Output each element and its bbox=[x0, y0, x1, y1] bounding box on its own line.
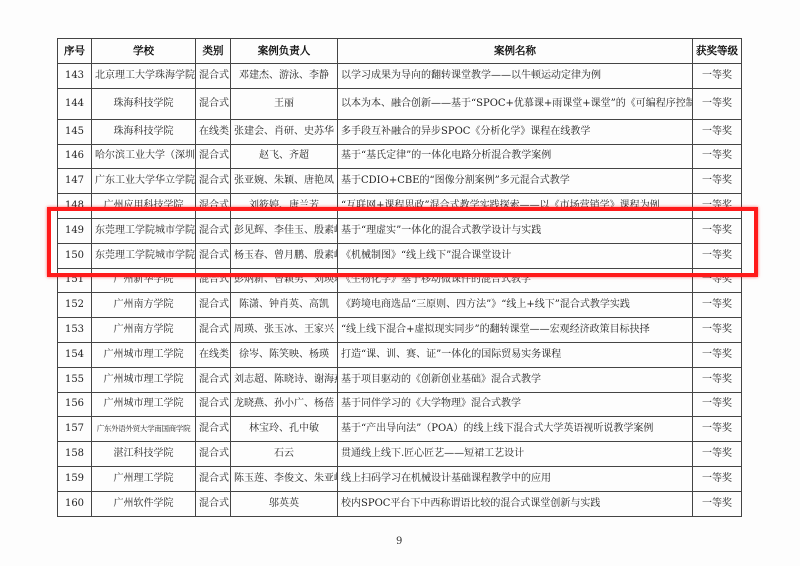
cell-num: 147 bbox=[58, 169, 92, 194]
cell-school: 东莞理工学院城市学院 bbox=[92, 218, 196, 243]
cell-award: 一等奖 bbox=[693, 268, 742, 293]
header-num: 序号 bbox=[58, 39, 92, 64]
cell-lead: 彭见辉、李佳玉、殷素峰 bbox=[231, 218, 338, 243]
table-row: 154广州城市理工学院在线类徐岑、陈笑映、杨瑛打造“课、训、赛、证”一体化的国际… bbox=[58, 342, 742, 367]
cell-award: 一等奖 bbox=[693, 417, 742, 442]
cell-school: 珠海科技学院 bbox=[92, 119, 196, 144]
table-row: 153广州南方学院混合式周瑛、张玉冰、王家兴“线上线下混合+虚拟现实同步”的翻转… bbox=[58, 318, 742, 343]
document-page: 序号 学校 类别 案例负责人 案例名称 获奖等级 143北京理工大学珠海学院混合… bbox=[0, 0, 800, 566]
table-row: 158湛江科技学院混合式石云贯通线上线下.匠心匠艺——短裙工艺设计一等奖 bbox=[58, 442, 742, 467]
cell-award: 一等奖 bbox=[693, 119, 742, 144]
cell-num: 148 bbox=[58, 194, 92, 219]
cell-award: 一等奖 bbox=[693, 88, 742, 119]
table-row: 155广州城市理工学院混合式刘志超、陈晓诗、谢海燕基于项目驱动的《创新创业基础》… bbox=[58, 367, 742, 392]
cell-award: 一等奖 bbox=[693, 64, 742, 89]
cell-award: 一等奖 bbox=[693, 318, 742, 343]
cell-school: 广州南方学院 bbox=[92, 293, 196, 318]
table-body: 143北京理工大学珠海学院混合式邓建杰、游泳、李静以学习成果为导向的翻转课堂教学… bbox=[58, 64, 742, 517]
cell-type: 混合式 bbox=[196, 466, 231, 491]
cell-type: 混合式 bbox=[196, 268, 231, 293]
cell-type: 混合式 bbox=[196, 194, 231, 219]
cell-type: 混合式 bbox=[196, 64, 231, 89]
cell-type: 混合式 bbox=[196, 318, 231, 343]
awards-table: 序号 学校 类别 案例负责人 案例名称 获奖等级 143北京理工大学珠海学院混合… bbox=[57, 38, 742, 517]
cell-name: 打造“课、训、赛、证”一体化的国际贸易实务课程 bbox=[338, 342, 693, 367]
cell-num: 160 bbox=[58, 491, 92, 516]
cell-lead: 陈玉莲、李俊文、朱亚峰 bbox=[231, 466, 338, 491]
cell-name: 校内SPOC平台下中西称谓语比较的混合式课堂创新与实践 bbox=[338, 491, 693, 516]
cell-school: 北京理工大学珠海学院 bbox=[92, 64, 196, 89]
table-row: 145珠海科技学院在线类张建会、肖研、史苏华多手段互补融合的异步SPOC《分析化… bbox=[58, 119, 742, 144]
cell-type: 混合式 bbox=[196, 293, 231, 318]
cell-name: 线上扫码学习在机械设计基础课程教学中的应用 bbox=[338, 466, 693, 491]
cell-num: 145 bbox=[58, 119, 92, 144]
cell-type: 在线类 bbox=[196, 119, 231, 144]
cell-award: 一等奖 bbox=[693, 442, 742, 467]
header-school: 学校 bbox=[92, 39, 196, 64]
table-row: 160广州软件学院混合式邬英英校内SPOC平台下中西称谓语比较的混合式课堂创新与… bbox=[58, 491, 742, 516]
cell-type: 混合式 bbox=[196, 442, 231, 467]
cell-lead: 龙晓燕、孙小广、杨蓓 bbox=[231, 392, 338, 417]
cell-num: 159 bbox=[58, 466, 92, 491]
table-row: 156广州城市理工学院混合式龙晓燕、孙小广、杨蓓基于同伴学习的《大学物理》混合式… bbox=[58, 392, 742, 417]
cell-name: 基于项目驱动的《创新创业基础》混合式教学 bbox=[338, 367, 693, 392]
cell-num: 151 bbox=[58, 268, 92, 293]
cell-lead: 王丽 bbox=[231, 88, 338, 119]
cell-num: 152 bbox=[58, 293, 92, 318]
cell-school: 广州城市理工学院 bbox=[92, 342, 196, 367]
cell-name: 以本为本、融合创新——基于“SPOC+优慕课+雨课堂+课堂”的《可编程序控制器》… bbox=[338, 88, 693, 119]
table-row: 148广州应用科技学院混合式刘筱婷、唐兰芳“互联网+课程思政”混合式教学实践探索… bbox=[58, 194, 742, 219]
cell-name: 基于“产出导向法”（POA）的线上线下混合式大学英语视听说教学案例 bbox=[338, 417, 693, 442]
cell-type: 混合式 bbox=[196, 144, 231, 169]
cell-lead: 张建会、肖研、史苏华 bbox=[231, 119, 338, 144]
cell-lead: 刘筱婷、唐兰芳 bbox=[231, 194, 338, 219]
cell-type: 混合式 bbox=[196, 491, 231, 516]
cell-name: “互联网+课程思政”混合式教学实践探索——以《市场营销学》课程为例 bbox=[338, 194, 693, 219]
cell-num: 143 bbox=[58, 64, 92, 89]
cell-type: 混合式 bbox=[196, 417, 231, 442]
cell-type: 混合式 bbox=[196, 367, 231, 392]
cell-num: 150 bbox=[58, 243, 92, 268]
cell-lead: 石云 bbox=[231, 442, 338, 467]
cell-num: 149 bbox=[58, 218, 92, 243]
cell-num: 154 bbox=[58, 342, 92, 367]
table-row: 157广东外语外贸大学南国商学院混合式林宝玲、孔中敏基于“产出导向法”（POA）… bbox=[58, 417, 742, 442]
header-type: 类别 bbox=[196, 39, 231, 64]
cell-num: 144 bbox=[58, 88, 92, 119]
cell-name: 以学习成果为导向的翻转课堂教学——以牛顿运动定律为例 bbox=[338, 64, 693, 89]
table-row: 146哈尔滨工业大学（深圳）混合式赵飞、齐超基于“基氏定律”的一体化电路分析混合… bbox=[58, 144, 742, 169]
cell-award: 一等奖 bbox=[693, 243, 742, 268]
cell-school: 珠海科技学院 bbox=[92, 88, 196, 119]
cell-lead: 刘志超、陈晓诗、谢海燕 bbox=[231, 367, 338, 392]
cell-school: 广东工业大学华立学院 bbox=[92, 169, 196, 194]
cell-type: 混合式 bbox=[196, 243, 231, 268]
table-row: 152广州南方学院混合式陈潇、钟肖英、高凯《跨境电商选品“三原则、四方法”》“线… bbox=[58, 293, 742, 318]
header-award: 获奖等级 bbox=[693, 39, 742, 64]
cell-name: 《跨境电商选品“三原则、四方法”》“线上+线下”混合式教学实践 bbox=[338, 293, 693, 318]
table-row: 149东莞理工学院城市学院混合式彭见辉、李佳玉、殷素峰基于“理虚实”一体化的混合… bbox=[58, 218, 742, 243]
cell-lead: 杨玉春、曾月鹏、殷素峰 bbox=[231, 243, 338, 268]
cell-type: 混合式 bbox=[196, 88, 231, 119]
cell-lead: 彭炳新、曾颖男、刘瑛琳 bbox=[231, 268, 338, 293]
cell-name: 基于同伴学习的《大学物理》混合式教学 bbox=[338, 392, 693, 417]
cell-school: 广州南方学院 bbox=[92, 318, 196, 343]
cell-lead: 张亚婉、朱颖、唐艳凤 bbox=[231, 169, 338, 194]
cell-award: 一等奖 bbox=[693, 218, 742, 243]
cell-type: 混合式 bbox=[196, 169, 231, 194]
cell-lead: 邓建杰、游泳、李静 bbox=[231, 64, 338, 89]
cell-lead: 赵飞、齐超 bbox=[231, 144, 338, 169]
cell-lead: 周瑛、张玉冰、王家兴 bbox=[231, 318, 338, 343]
table-row: 147广东工业大学华立学院混合式张亚婉、朱颖、唐艳凤基于CDIO+CBE的“图像… bbox=[58, 169, 742, 194]
cell-num: 158 bbox=[58, 442, 92, 467]
cell-name: 多手段互补融合的异步SPOC《分析化学》课程在线教学 bbox=[338, 119, 693, 144]
cell-num: 146 bbox=[58, 144, 92, 169]
page-number: 9 bbox=[396, 536, 402, 547]
cell-name: 基于“基氏定律”的一体化电路分析混合教学案例 bbox=[338, 144, 693, 169]
cell-school: 广州理工学院 bbox=[92, 466, 196, 491]
cell-award: 一等奖 bbox=[693, 367, 742, 392]
cell-name: “线上线下混合+虚拟现实同步”的翻转课堂——宏观经济政策目标抉择 bbox=[338, 318, 693, 343]
cell-school: 东莞理工学院城市学院 bbox=[92, 243, 196, 268]
table-row: 151广州新华学院混合式彭炳新、曾颖男、刘瑛琳《生物化学》基于移动微课件的混合式… bbox=[58, 268, 742, 293]
cell-lead: 邬英英 bbox=[231, 491, 338, 516]
cell-school: 广州城市理工学院 bbox=[92, 392, 196, 417]
cell-name: 基于CDIO+CBE的“图像分割案例”多元混合式教学 bbox=[338, 169, 693, 194]
cell-award: 一等奖 bbox=[693, 293, 742, 318]
header-name: 案例名称 bbox=[338, 39, 693, 64]
cell-school: 广州城市理工学院 bbox=[92, 367, 196, 392]
table-row: 159广州理工学院混合式陈玉莲、李俊文、朱亚峰线上扫码学习在机械设计基础课程教学… bbox=[58, 466, 742, 491]
cell-type: 混合式 bbox=[196, 218, 231, 243]
cell-school: 广州软件学院 bbox=[92, 491, 196, 516]
cell-award: 一等奖 bbox=[693, 392, 742, 417]
cell-award: 一等奖 bbox=[693, 342, 742, 367]
cell-num: 157 bbox=[58, 417, 92, 442]
cell-lead: 林宝玲、孔中敏 bbox=[231, 417, 338, 442]
cell-school: 广州应用科技学院 bbox=[92, 194, 196, 219]
cell-school: 湛江科技学院 bbox=[92, 442, 196, 467]
cell-award: 一等奖 bbox=[693, 144, 742, 169]
cell-lead: 陈潇、钟肖英、高凯 bbox=[231, 293, 338, 318]
cell-num: 156 bbox=[58, 392, 92, 417]
table-header-row: 序号 学校 类别 案例负责人 案例名称 获奖等级 bbox=[58, 39, 742, 64]
cell-name: 《机械制图》“线上线下”混合课堂设计 bbox=[338, 243, 693, 268]
cell-type: 在线类 bbox=[196, 342, 231, 367]
cell-num: 155 bbox=[58, 367, 92, 392]
cell-award: 一等奖 bbox=[693, 194, 742, 219]
cell-num: 153 bbox=[58, 318, 92, 343]
cell-school: 广东外语外贸大学南国商学院 bbox=[92, 417, 196, 442]
cell-name: 《生物化学》基于移动微课件的混合式教学 bbox=[338, 268, 693, 293]
header-lead: 案例负责人 bbox=[231, 39, 338, 64]
cell-name: 贯通线上线下.匠心匠艺——短裙工艺设计 bbox=[338, 442, 693, 467]
table-row: 144珠海科技学院混合式王丽以本为本、融合创新——基于“SPOC+优慕课+雨课堂… bbox=[58, 88, 742, 119]
table-row: 143北京理工大学珠海学院混合式邓建杰、游泳、李静以学习成果为导向的翻转课堂教学… bbox=[58, 64, 742, 89]
cell-name: 基于“理虚实”一体化的混合式教学设计与实践 bbox=[338, 218, 693, 243]
table-row: 150东莞理工学院城市学院混合式杨玉春、曾月鹏、殷素峰《机械制图》“线上线下”混… bbox=[58, 243, 742, 268]
cell-lead: 徐岑、陈笑映、杨瑛 bbox=[231, 342, 338, 367]
cell-type: 混合式 bbox=[196, 392, 231, 417]
cell-award: 一等奖 bbox=[693, 169, 742, 194]
cell-school: 广州新华学院 bbox=[92, 268, 196, 293]
cell-school: 哈尔滨工业大学（深圳） bbox=[92, 144, 196, 169]
cell-award: 一等奖 bbox=[693, 466, 742, 491]
cell-award: 一等奖 bbox=[693, 491, 742, 516]
